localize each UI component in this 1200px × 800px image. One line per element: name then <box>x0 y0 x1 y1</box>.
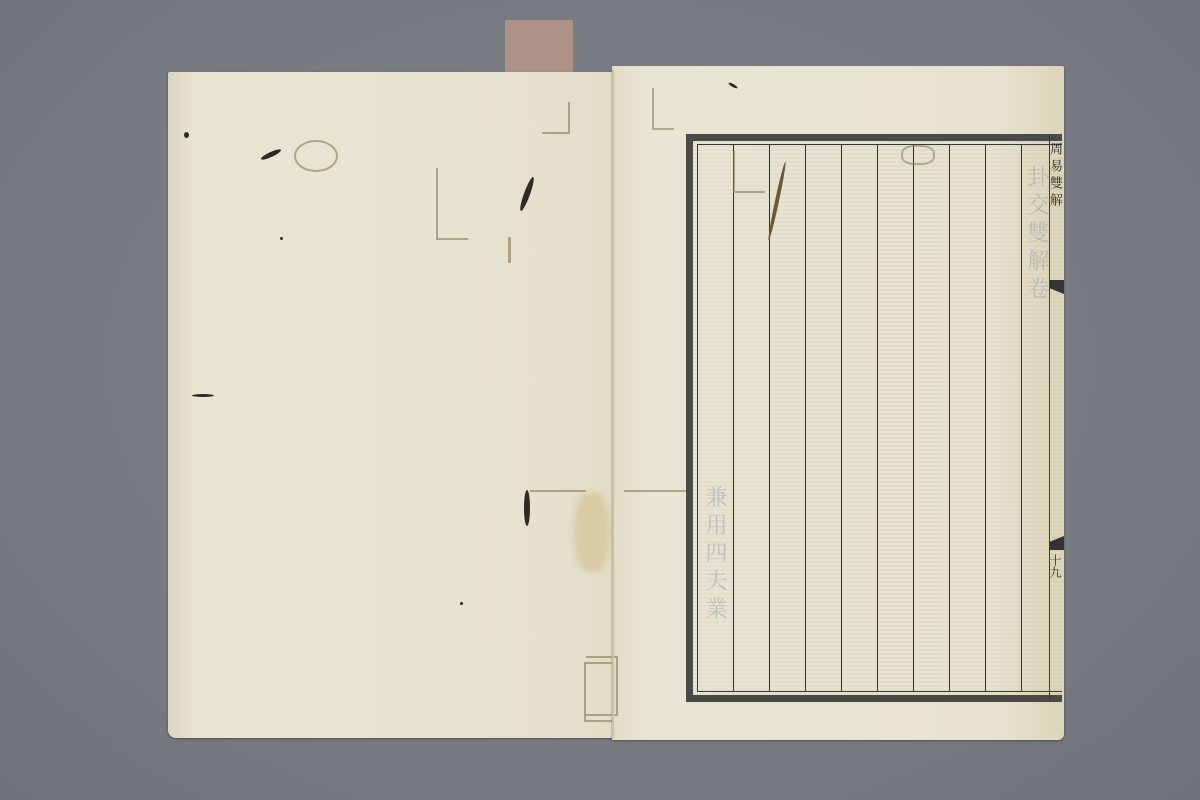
worm-tunnel <box>508 237 517 263</box>
worm-tunnel <box>436 168 468 240</box>
wormhole <box>460 602 463 605</box>
print-frame: 兼用四夫業 卦交雙解卷 <box>686 134 1062 702</box>
wormhole <box>280 237 283 240</box>
fishtail-mark-lower <box>1050 536 1064 550</box>
column-rule <box>733 145 734 691</box>
right-page: 兼用四夫業 卦交雙解卷 周易雙解 十九 <box>612 66 1064 740</box>
wormhole <box>518 176 536 212</box>
book-title: 周易雙解 <box>1050 142 1064 210</box>
frame-inner-rule: 兼用四夫業 卦交雙解卷 <box>697 144 1062 692</box>
open-book: 兼用四夫業 卦交雙解卷 周易雙解 十九 <box>168 66 1064 742</box>
center-fold-strip: 周易雙解 十九 <box>1049 134 1064 702</box>
column-rule <box>841 145 842 691</box>
worm-tunnel <box>901 145 935 165</box>
show-through-text: 兼用四夫業 <box>704 485 730 625</box>
wormhole <box>260 148 282 162</box>
book-gutter <box>612 70 614 738</box>
worm-tunnel <box>733 151 765 193</box>
column-rule <box>913 145 914 691</box>
fishtail-mark-upper <box>1050 280 1064 294</box>
wormhole <box>192 394 214 397</box>
worm-tunnel <box>542 102 570 134</box>
water-stain <box>574 492 610 572</box>
wormhole <box>728 82 738 90</box>
column-rule <box>985 145 986 691</box>
worm-tunnel <box>294 140 338 172</box>
left-page <box>168 72 612 738</box>
worm-tunnel <box>652 88 674 130</box>
column-rule <box>805 145 806 691</box>
column-rule <box>949 145 950 691</box>
wormhole <box>184 132 189 138</box>
page-number: 十九 <box>1050 554 1064 578</box>
column-rule <box>877 145 878 691</box>
worm-tunnel <box>624 490 690 500</box>
worm-tunnel <box>530 490 586 500</box>
